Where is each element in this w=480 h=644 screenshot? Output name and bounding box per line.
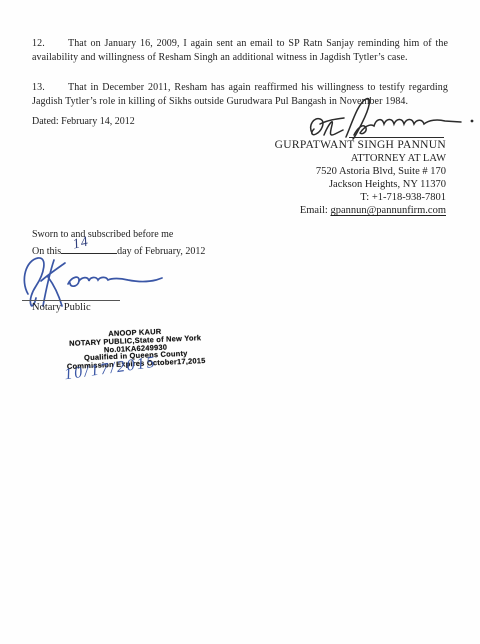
paragraph-13-number: 13. bbox=[32, 81, 68, 95]
attorney-signature-line bbox=[349, 137, 444, 138]
attorney-name: GURPATWANT SINGH PANNUN bbox=[275, 139, 446, 152]
attorney-phone: T: +1-718-938-7801 bbox=[275, 191, 446, 204]
notary-signature-line bbox=[22, 300, 120, 301]
paragraph-12-text: That on January 16, 2009, I again sent a… bbox=[32, 38, 448, 63]
notary-public-label: Notary Public bbox=[32, 302, 91, 313]
attorney-address-line1: 7520 Astoria Blvd, Suite # 170 bbox=[275, 165, 446, 178]
attorney-address-block: GURPATWANT SINGH PANNUN ATTORNEY AT LAW … bbox=[275, 139, 446, 217]
attorney-address-line2: Jackson Heights, NY 11370 bbox=[275, 178, 446, 191]
sworn-statement-line: Sworn to and subscribed before me bbox=[32, 229, 173, 240]
affidavit-page: 12.That on January 16, 2009, I again sen… bbox=[0, 0, 480, 644]
attorney-email-address: gpannun@pannunfirm.com bbox=[330, 205, 446, 216]
dated-line: Dated: February 14, 2012 bbox=[32, 116, 135, 127]
paragraph-12: 12.That on January 16, 2009, I again sen… bbox=[32, 37, 448, 64]
notary-signature-icon bbox=[16, 250, 172, 310]
attorney-email-label: Email: bbox=[300, 205, 331, 216]
attorney-signature-icon bbox=[298, 95, 480, 142]
attorney-email-line: Email: gpannun@pannunfirm.com bbox=[275, 204, 446, 217]
attorney-title: ATTORNEY AT LAW bbox=[275, 152, 446, 165]
paragraph-12-number: 12. bbox=[32, 37, 68, 51]
